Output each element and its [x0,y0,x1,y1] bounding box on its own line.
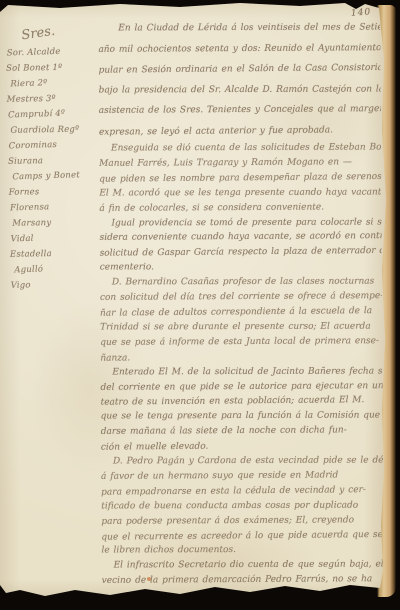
paragraph: Enterado El M. de la solicitud de Jacint… [100,364,383,455]
manuscript-line: con solicitud del día tres del corriente… [100,289,382,306]
manuscript-line: Enterado El M. de la solicitud de Jacint… [100,364,382,380]
manuscript-line: ñanza. [100,349,382,367]
margin-name: Florensa [10,198,104,216]
manuscript-line: Manuel Farrés, Luis Tragaray y Ramón Mog… [99,155,381,172]
margin-name: Riera 2º [7,75,101,93]
manuscript-line: Igual providencia se tomó de presente pa… [99,215,381,231]
manuscript-line: para poderse presentar á dos exámenes; E… [101,513,383,530]
paragraph: En la Ciudad de Lérida á los veintiseis … [98,17,381,142]
margin-flourish: Sres. [5,17,100,45]
body-text: En la Ciudad de Lérida á los veintiseis … [98,17,384,597]
manuscript-line: asistencia de los Sres. Tenientes y Conc… [99,99,381,121]
manuscript-line: El M. acordó que se les tenga presente c… [99,185,381,201]
manuscript-line: le libren dichos documentos. [101,543,383,559]
margin-name: Camps y Bonet [9,167,103,185]
manuscript-line: Enseguida se dió cuenta de las solicitud… [99,141,381,157]
manuscript-line: El infrascrito Secretario dio cuenta de … [102,558,384,574]
margin-name: Corominas [9,136,103,154]
manuscript-line: D. Pedro Pagán y Cardona de esta vecinda… [101,454,383,470]
paragraph: D. Pedro Pagán y Cardona de esta vecinda… [101,453,384,559]
manuscript-line: que se pase á informe de esta Junta loca… [100,334,382,351]
manuscript-line: año mil ochocientos setenta y dos: Reuni… [98,38,380,60]
margin-name: Camprubí 4º [8,106,102,124]
manuscript-page: 140 Sres. Sor. AlcaldeSol Bonet 1ºRiera … [0,0,400,610]
manuscript-line: á fin de colocarles, si se considera con… [99,200,381,217]
paragraph: El infrascrito Secretario dio cuenta de … [102,558,384,590]
margin-names: Sor. AlcaldeSol Bonet 1ºRiera 2ºMestres … [6,44,105,294]
manuscript-line: pular en Sesión ordinaria en el Salón de… [98,58,380,81]
paragraph: D. Bernardino Casañas profesor de las cl… [100,274,383,365]
manuscript-line: Trinidad si se abre durante el presente … [100,319,382,335]
manuscript-line: expresan, se leyó el acta anterior y fue… [99,119,381,142]
margin-name: Sor. Alcalde [7,44,101,62]
manuscript-line: vecino de la primera demarcación Pedro F… [102,572,384,589]
manuscript-line: que se le tenga presente para la función… [101,409,383,425]
margin-name: Agulló [11,260,105,278]
manuscript-line: D. Bernardino Casañas profesor de las cl… [100,275,382,291]
manuscript-line: á favor de un hermano suyo que reside en… [101,468,383,485]
manuscript-line: bajo la presidencia del Sr. Alcalde D. R… [99,79,381,100]
manuscript-line: tificado de buena conducta ambas cosas p… [101,498,383,514]
manuscript-line: cementerio. [100,260,382,276]
manuscript-photo: { "document": { "page_number": "140" }, … [0,0,400,610]
photo-backdrop: 140 Sres. Sor. AlcaldeSol Bonet 1ºRiera … [0,0,400,610]
margin-name: Vidal [10,229,104,247]
margin-name: Vigo [11,277,105,294]
paragraph: Igual providencia se tomó de presente pa… [99,215,381,276]
manuscript-line: En la Ciudad de Lérida á los veintiseis … [98,18,380,39]
attendees-margin: Sres. Sor. AlcaldeSol Bonet 1ºRiera 2ºMe… [5,23,105,294]
paragraph: Enseguida se dió cuenta de las solicitud… [99,140,381,216]
